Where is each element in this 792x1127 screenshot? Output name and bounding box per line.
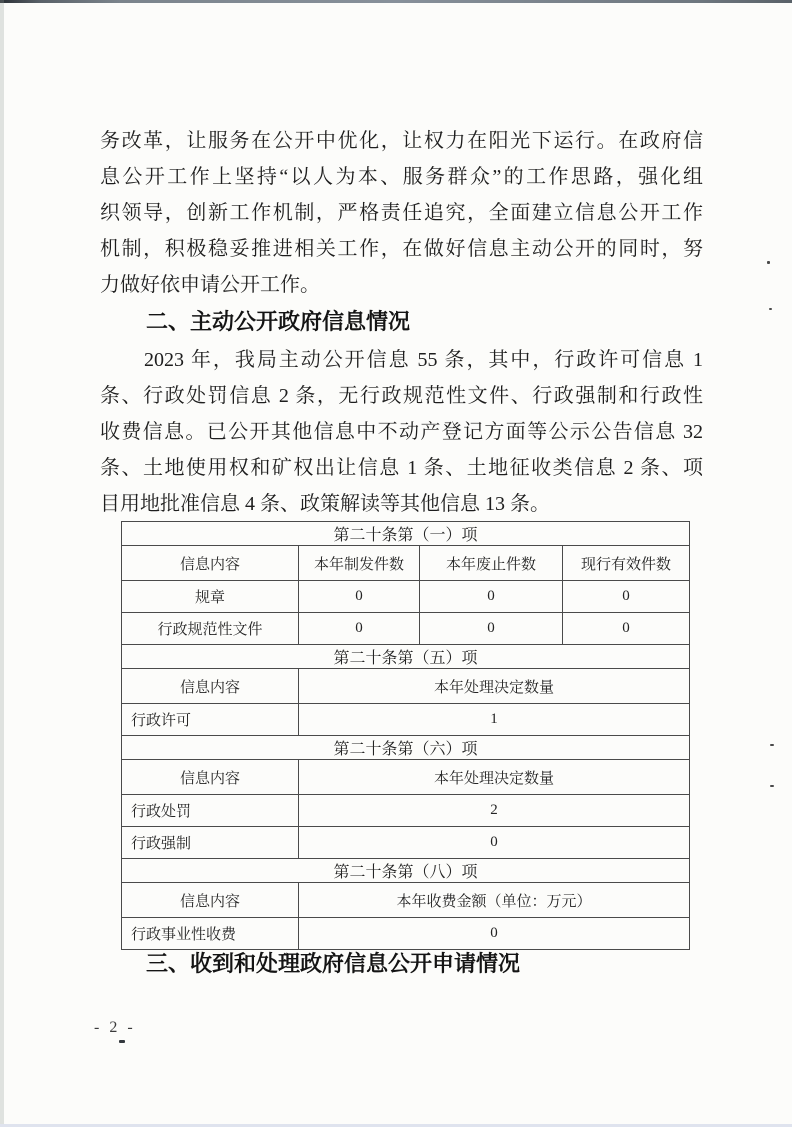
text-line: 息公开工作上坚持“以人为本、服务群众”的工作思路，强化组 [100,159,703,195]
table-row-label: 行政处罚 [122,795,299,827]
paragraph-continued: 务改革，让服务在公开中优化，让权力在阳光下运行。在政府信息公开工作上坚持“以人为… [100,123,703,303]
text-line: 条、行政处罚信息 2 条，无行政规范性文件、行政强制和行政性 [100,378,703,414]
table-row-label: 行政许可 [122,704,299,736]
section-heading-2: 二、主动公开政府信息情况 [100,304,703,340]
table-column-header: 信息内容 [122,883,299,918]
scan-speck [767,261,770,264]
disclosure-statistics-table: 第二十条第（一）项信息内容本年制发件数本年废止件数现行有效件数规章000行政规范… [121,521,689,950]
table-cell-value: 0 [563,581,690,613]
table-column-header: 本年废止件数 [420,546,563,581]
table-cell-value: 0 [420,613,563,645]
table-column-header: 本年收费金额（单位：万元） [299,883,690,918]
text-line: 条、土地使用权和矿权出让信息 1 条、土地征收类信息 2 条、项 [100,450,703,486]
table-section-title: 第二十条第（六）项 [122,736,690,760]
text-line: 收费信息。已公开其他信息中不动产登记方面等公示公告信息 32 [100,414,703,450]
scan-speck [770,785,774,787]
table-cell-value: 0 [420,581,563,613]
table-cell-value: 1 [299,704,690,736]
text-line: 2023 年，我局主动公开信息 55 条，其中，行政许可信息 1 [100,342,703,378]
text-line: 织领导，创新工作机制，严格责任追究，全面建立信息公开工作 [100,195,703,231]
table-cell-value: 0 [299,613,420,645]
text-line: 务改革，让服务在公开中优化，让权力在阳光下运行。在政府信 [100,123,703,159]
table-row-label: 规章 [122,581,299,613]
table-row-label: 行政事业性收费 [122,918,299,950]
table-column-header: 本年制发件数 [299,546,420,581]
table-column-header: 本年处理决定数量 [299,760,690,795]
scan-speck [119,1040,125,1043]
table-column-header: 本年处理决定数量 [299,669,690,704]
page-number: - 2 - [94,1019,136,1037]
table-cell-value: 0 [563,613,690,645]
table-column-header: 信息内容 [122,760,299,795]
table-column-header: 信息内容 [122,546,299,581]
table-section-title: 第二十条第（八）项 [122,859,690,883]
scanned-document-page: 务改革，让服务在公开中优化，让权力在阳光下运行。在政府信息公开工作上坚持“以人为… [0,0,792,1127]
scan-speck [769,308,772,310]
table-row-label: 行政强制 [122,827,299,859]
section-heading-3: 三、收到和处理政府信息公开申请情况 [100,946,703,982]
table-section-title: 第二十条第（五）项 [122,645,690,669]
text-line: 力做好依申请公开工作。 [100,267,703,303]
table-cell-value: 0 [299,918,690,950]
text-line: 目用地批准信息 4 条、政策解读等其他信息 13 条。 [100,486,703,522]
table-column-header: 信息内容 [122,669,299,704]
statistics-table: 第二十条第（一）项信息内容本年制发件数本年废止件数现行有效件数规章000行政规范… [121,521,690,950]
table-row-label: 行政规范性文件 [122,613,299,645]
scan-top-edge-artifact [0,0,792,3]
section-2-paragraph: 2023 年，我局主动公开信息 55 条，其中，行政许可信息 1条、行政处罚信息… [100,342,703,522]
text-line: 机制，积极稳妥推进相关工作，在做好信息主动公开的同时，努 [100,231,703,267]
table-cell-value: 0 [299,581,420,613]
table-cell-value: 2 [299,795,690,827]
scan-speck [770,744,774,746]
scan-left-edge-artifact [0,0,4,1127]
table-cell-value: 0 [299,827,690,859]
table-section-title: 第二十条第（一）项 [122,522,690,546]
table-column-header: 现行有效件数 [563,546,690,581]
